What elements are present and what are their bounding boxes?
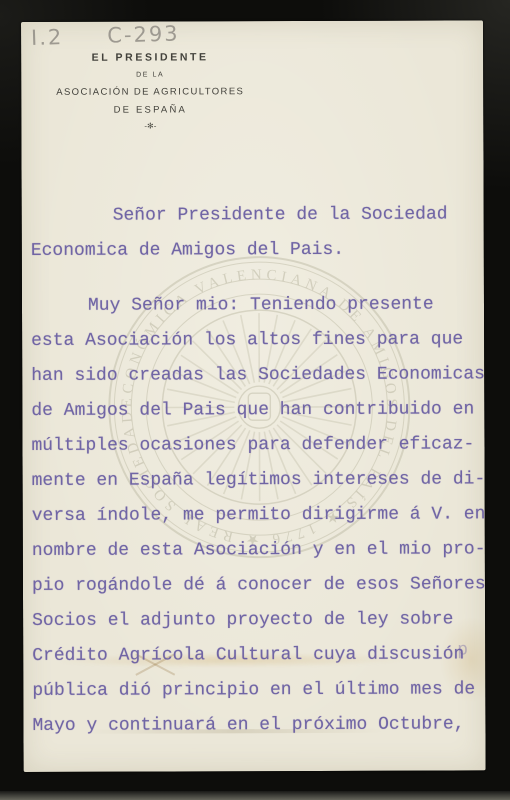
- letter-line: esta Asociación los altos fines para que: [31, 322, 477, 359]
- letter-line: Economica de Amigos del Pais.: [31, 232, 477, 269]
- letterhead-title: EL PRESIDENTE: [49, 51, 251, 64]
- letterhead-country: DE ESPAÑA: [49, 104, 251, 116]
- letter-line: Muy Señor mio: Teniendo presente: [31, 287, 477, 324]
- letter-page: I.2C-293 EL PRESIDENTE DE LA ASOCIACIÓN …: [21, 20, 486, 772]
- letterhead-ornament-icon: -✻-: [49, 121, 251, 131]
- letter-line: Crédito Agrícola Cultural cuya discusión: [32, 637, 478, 674]
- letter-line: Mayo y continuará en el próximo Octubre,: [32, 707, 478, 744]
- faded-stray-typed-character: p: [457, 640, 468, 660]
- archival-code-left: I.2: [31, 25, 64, 50]
- scanned-letter-photo: I.2C-293 EL PRESIDENTE DE LA ASOCIACIÓN …: [0, 0, 510, 800]
- letter-line: mente en España legítimos intereses de d…: [32, 462, 478, 499]
- letter-line: múltiples ocasiones para defender eficaz…: [31, 427, 477, 464]
- letter-line: versa índole, me permito dirigirme á V. …: [32, 497, 478, 534]
- paragraph-gap: [31, 267, 477, 289]
- letter-line: de Amigos del Pais que han contribuido e…: [31, 392, 477, 429]
- letter-line: nombre de esta Asociación y en el mio pr…: [32, 532, 478, 569]
- letter-line: Socios el adjunto proyecto de ley sobre: [32, 602, 478, 639]
- letter-line: pio rogándole dé á conocer de esos Señor…: [32, 567, 478, 604]
- typewritten-letter-body: Señor Presidente de la Sociedad Economic…: [31, 197, 479, 744]
- letter-line: pública dió principio en el último mes d…: [32, 672, 478, 709]
- letter-line: Señor Presidente de la Sociedad: [31, 197, 477, 234]
- archival-code-right: C-293: [107, 21, 180, 47]
- letterhead-organization: ASOCIACIÓN DE AGRICULTORES: [49, 86, 251, 98]
- archival-code-handwriting: I.2C-293: [31, 21, 180, 50]
- letterhead: EL PRESIDENTE DE LA ASOCIACIÓN DE AGRICU…: [49, 51, 251, 131]
- letter-line: han sido creadas las Sociedades Economic…: [31, 357, 477, 394]
- letterhead-subtitle: DE LA: [49, 71, 251, 79]
- mount-edge-strip: [0, 791, 510, 800]
